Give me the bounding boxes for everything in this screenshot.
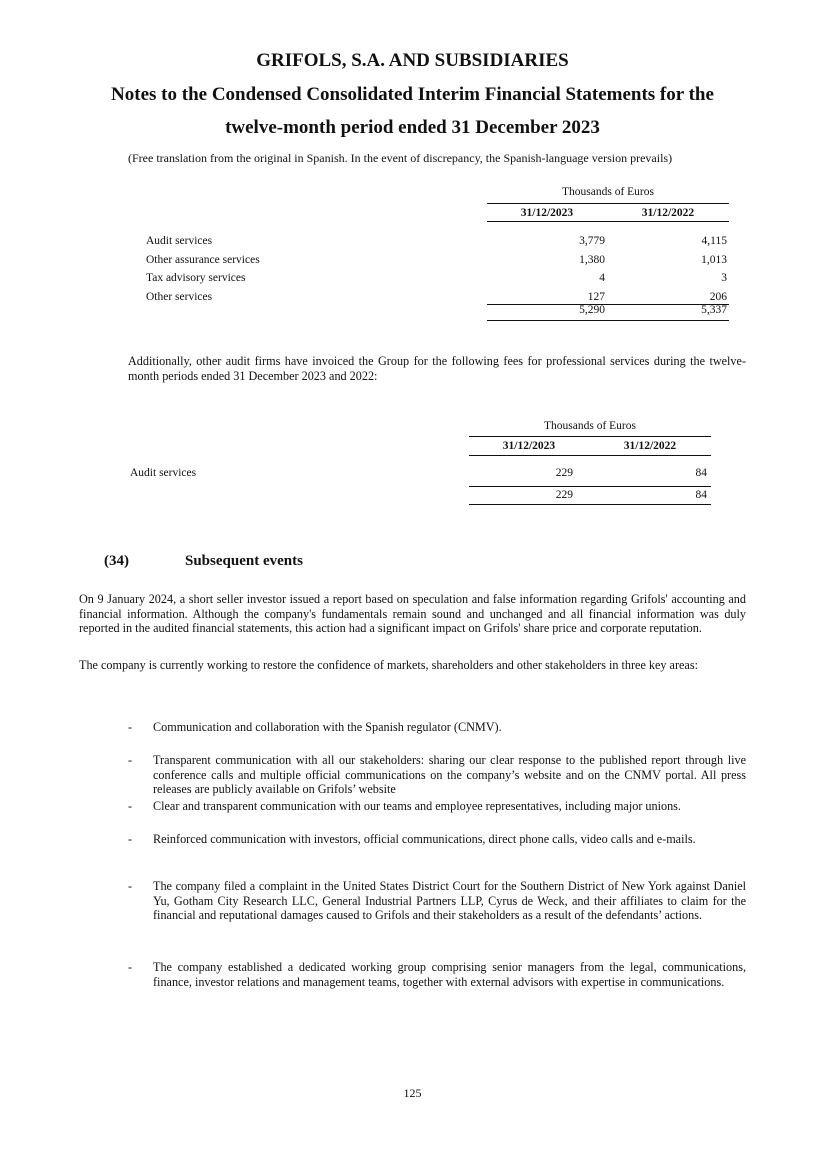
subsequent-events-paragraph-1: On 9 January 2024, a short seller invest… — [79, 592, 746, 636]
list-item: Clear and transparent communication with… — [153, 799, 753, 814]
translation-note: (Free translation from the original in S… — [128, 151, 768, 166]
table1-row-label: Tax advisory services — [146, 272, 245, 284]
table2-col-2022: 31/12/2022 — [589, 440, 711, 452]
list-item: Reinforced communication with investors,… — [153, 832, 746, 847]
table1-row-value-2022: 3 — [607, 272, 727, 284]
table2-row-value-2023: 229 — [469, 467, 573, 479]
table1-total-2023: 5,290 — [487, 304, 605, 316]
table2-total-rule-bottom — [469, 504, 711, 505]
table2-col-2023: 31/12/2023 — [469, 440, 589, 452]
subsequent-events-paragraph-2: The company is currently working to rest… — [79, 658, 746, 673]
table2-total-rule-top — [469, 486, 711, 487]
list-item: Transparent communication with all our s… — [153, 753, 746, 797]
table2-total-2023: 229 — [469, 489, 573, 501]
document-title-line1: Notes to the Condensed Consolidated Inte… — [0, 84, 825, 106]
table2-header-rule — [469, 436, 711, 437]
list-bullet-dash: - — [128, 960, 132, 975]
table1-row-value-2023: 127 — [487, 291, 605, 303]
table1-row-label: Other services — [146, 291, 212, 303]
list-bullet-dash: - — [128, 720, 132, 735]
table2-row-label: Audit services — [130, 467, 196, 479]
page-number: 125 — [0, 1086, 825, 1101]
table1-header-rule — [487, 203, 729, 204]
section-number: (34) — [104, 553, 129, 570]
table2-unit-header: Thousands of Euros — [469, 420, 711, 432]
table1-col-2022: 31/12/2022 — [607, 207, 729, 219]
table1-row-value-2022: 4,115 — [607, 235, 727, 247]
table2-colhead-rule — [469, 455, 711, 456]
list-bullet-dash: - — [128, 753, 132, 768]
table1-row-value-2023: 4 — [487, 272, 605, 284]
table2-total-2022: 84 — [589, 489, 707, 501]
section-title: Subsequent events — [185, 553, 303, 570]
table1-total-2022: 5,337 — [607, 304, 727, 316]
table1-row-value-2023: 3,779 — [487, 235, 605, 247]
table2-row-value-2022: 84 — [589, 467, 707, 479]
table1-row-label: Audit services — [146, 235, 212, 247]
table1-col-2023: 31/12/2023 — [487, 207, 607, 219]
list-item: The company filed a complaint in the Uni… — [153, 879, 746, 923]
list-item: Communication and collaboration with the… — [153, 720, 746, 735]
list-bullet-dash: - — [128, 879, 132, 894]
company-title: GRIFOLS, S.A. AND SUBSIDIARIES — [0, 50, 825, 72]
table1-colhead-rule — [487, 221, 729, 222]
table1-row-value-2022: 1,013 — [607, 254, 727, 266]
document-title-line2: twelve-month period ended 31 December 20… — [0, 117, 825, 139]
table1-unit-header: Thousands of Euros — [487, 186, 729, 198]
table1-row-value-2023: 1,380 — [487, 254, 605, 266]
list-bullet-dash: - — [128, 832, 132, 847]
other-audit-firms-paragraph: Additionally, other audit firms have inv… — [128, 354, 746, 383]
list-item: The company established a dedicated work… — [153, 960, 746, 989]
list-bullet-dash: - — [128, 799, 132, 814]
table1-row-label: Other assurance services — [146, 254, 260, 266]
table1-row-value-2022: 206 — [607, 291, 727, 303]
table1-total-rule-bottom — [487, 320, 729, 321]
